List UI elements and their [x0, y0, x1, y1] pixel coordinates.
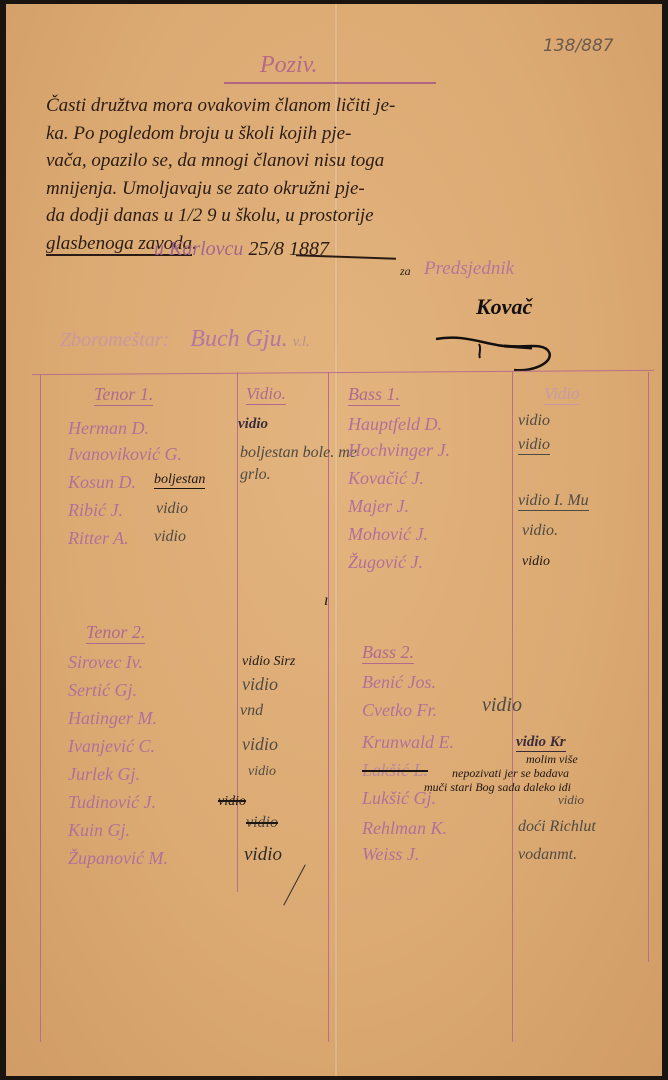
- list-item-note: vidio: [518, 436, 550, 455]
- list-item-note: boljestan bole. me grlo.: [240, 442, 360, 486]
- list-item: Kovačić J.: [348, 468, 424, 489]
- body-text: Časti družtva mora ovakovim članom ličit…: [46, 92, 646, 257]
- body-line: vača, opazilo se, da mnogi članovi nisu …: [46, 147, 646, 175]
- list-item-note: vidio: [242, 674, 278, 695]
- pencil-stroke: [283, 864, 305, 905]
- body-line: ka. Po pogledom broju u školi kojih pje-: [46, 120, 646, 148]
- list-item: Hatinger M.: [68, 708, 157, 729]
- choirmaster-note: v.l.: [293, 334, 310, 350]
- list-item-note: vidio: [154, 528, 186, 546]
- list-item: Weiss J.: [362, 844, 419, 865]
- place: u Karlovcu: [154, 238, 243, 260]
- body-line: mnijenja. Umoljavaju se zato okružni pje…: [46, 175, 646, 203]
- note-header: Vidio.: [246, 384, 286, 405]
- list-item-note: vidio: [518, 412, 550, 430]
- list-item: Krunwald E.: [362, 732, 454, 753]
- list-item: Majer J.: [348, 496, 409, 517]
- marginal-note-line: molim više: [526, 752, 578, 767]
- place-date: u Karlovcu 25/8 1887: [154, 238, 329, 261]
- body-line: Časti družtva mora ovakovim članom ličit…: [46, 92, 646, 120]
- signature: Kovač: [476, 294, 532, 320]
- choirmaster-name: Buch Gju.: [190, 326, 287, 352]
- document-page: 138/887 Poziv. Časti družtva mora ovakov…: [6, 4, 662, 1076]
- list-item-note: vidio: [244, 844, 282, 866]
- list-item-note: vidio: [156, 500, 188, 518]
- list-item-note: vodanmt.: [518, 846, 577, 864]
- note-header: Vidio: [544, 384, 580, 405]
- list-item: Hauptfeld D.: [348, 414, 442, 435]
- choirmaster-label: Zboromeštar:: [60, 329, 169, 351]
- list-item: Sirovec Iv.: [68, 652, 143, 673]
- list-item-note: vidio Sirz: [242, 654, 295, 670]
- signed-for: za: [400, 264, 411, 279]
- list-item-note: vidio Kr: [516, 734, 566, 752]
- list-item: Hochvinger J.: [348, 440, 450, 461]
- list-item: Lukšić Gj.: [362, 788, 436, 809]
- list-item: Benić Jos.: [362, 672, 436, 693]
- list-item-note: vidio: [238, 416, 268, 433]
- table-top-rule: [32, 370, 654, 375]
- archive-number: 138/887: [543, 36, 614, 56]
- table-left-rule: [40, 374, 41, 1042]
- list-item-note: vidio.: [522, 522, 558, 540]
- list-item: Ivanoviković G.: [68, 444, 182, 465]
- list-item-note: vidio: [248, 764, 276, 780]
- list-item: Kuin Gj.: [68, 820, 130, 841]
- list-item-struck: Lakšić L.: [362, 760, 428, 781]
- list-item: Jurlek Gj.: [68, 764, 140, 785]
- section-header-tenor-1: Tenor 1.: [94, 384, 153, 406]
- section-header-tenor-2: Tenor 2.: [86, 622, 145, 644]
- signed-role: Predsjednik: [424, 258, 514, 280]
- marginal-note-line: nepozivati jer se badava: [452, 766, 569, 781]
- list-item: Ribić J.: [68, 500, 123, 521]
- section-header-bass-2: Bass 2.: [362, 642, 414, 664]
- list-item: Cvetko Fr.: [362, 700, 437, 721]
- choirmaster-line: Zboromeštar: Buch Gju. v.l.: [60, 326, 310, 353]
- list-item: Kosun D.: [68, 472, 136, 493]
- list-item: Ivanjević C.: [68, 736, 155, 757]
- list-item-note: vidio: [242, 734, 278, 755]
- list-item-note: vidio: [558, 792, 584, 808]
- document-title: Poziv.: [260, 52, 318, 79]
- roster-table: Tenor 1. Vidio. Herman D. vidio Ivanovik…: [32, 372, 652, 1042]
- col-rule: [648, 372, 649, 962]
- signature-flourish-icon: [434, 334, 564, 374]
- body-line: da dodji danas u 1/2 9 u školu, u prosto…: [46, 202, 646, 230]
- list-item: Ritter A.: [68, 528, 129, 549]
- section-header-bass-1: Bass 1.: [348, 384, 400, 406]
- list-item: Rehlman K.: [362, 818, 447, 839]
- list-item-note: boljestan: [154, 472, 205, 489]
- list-item: Sertić Gj.: [68, 680, 137, 701]
- list-item-note: vidio I. Mu: [518, 492, 589, 511]
- center-mark: ı: [324, 592, 328, 610]
- list-item: Tudinović J.: [68, 792, 156, 813]
- list-item-note: vnd: [240, 702, 263, 720]
- list-item-note: vidio: [246, 814, 278, 832]
- list-item: Žugović J.: [348, 552, 423, 573]
- list-item-note: vidio: [482, 694, 522, 717]
- marginal-note-line: muči stari Bog sada daleko idi: [424, 780, 571, 795]
- list-item-note: vidio: [218, 794, 246, 810]
- col-rule: [237, 372, 238, 892]
- list-item: Mohović J.: [348, 524, 428, 545]
- list-item: Herman D.: [68, 418, 149, 439]
- list-item: Županović M.: [68, 848, 168, 869]
- list-item-note: doći Richlut: [518, 818, 596, 836]
- title-underline: [224, 82, 436, 84]
- list-item-note: vidio: [522, 554, 550, 570]
